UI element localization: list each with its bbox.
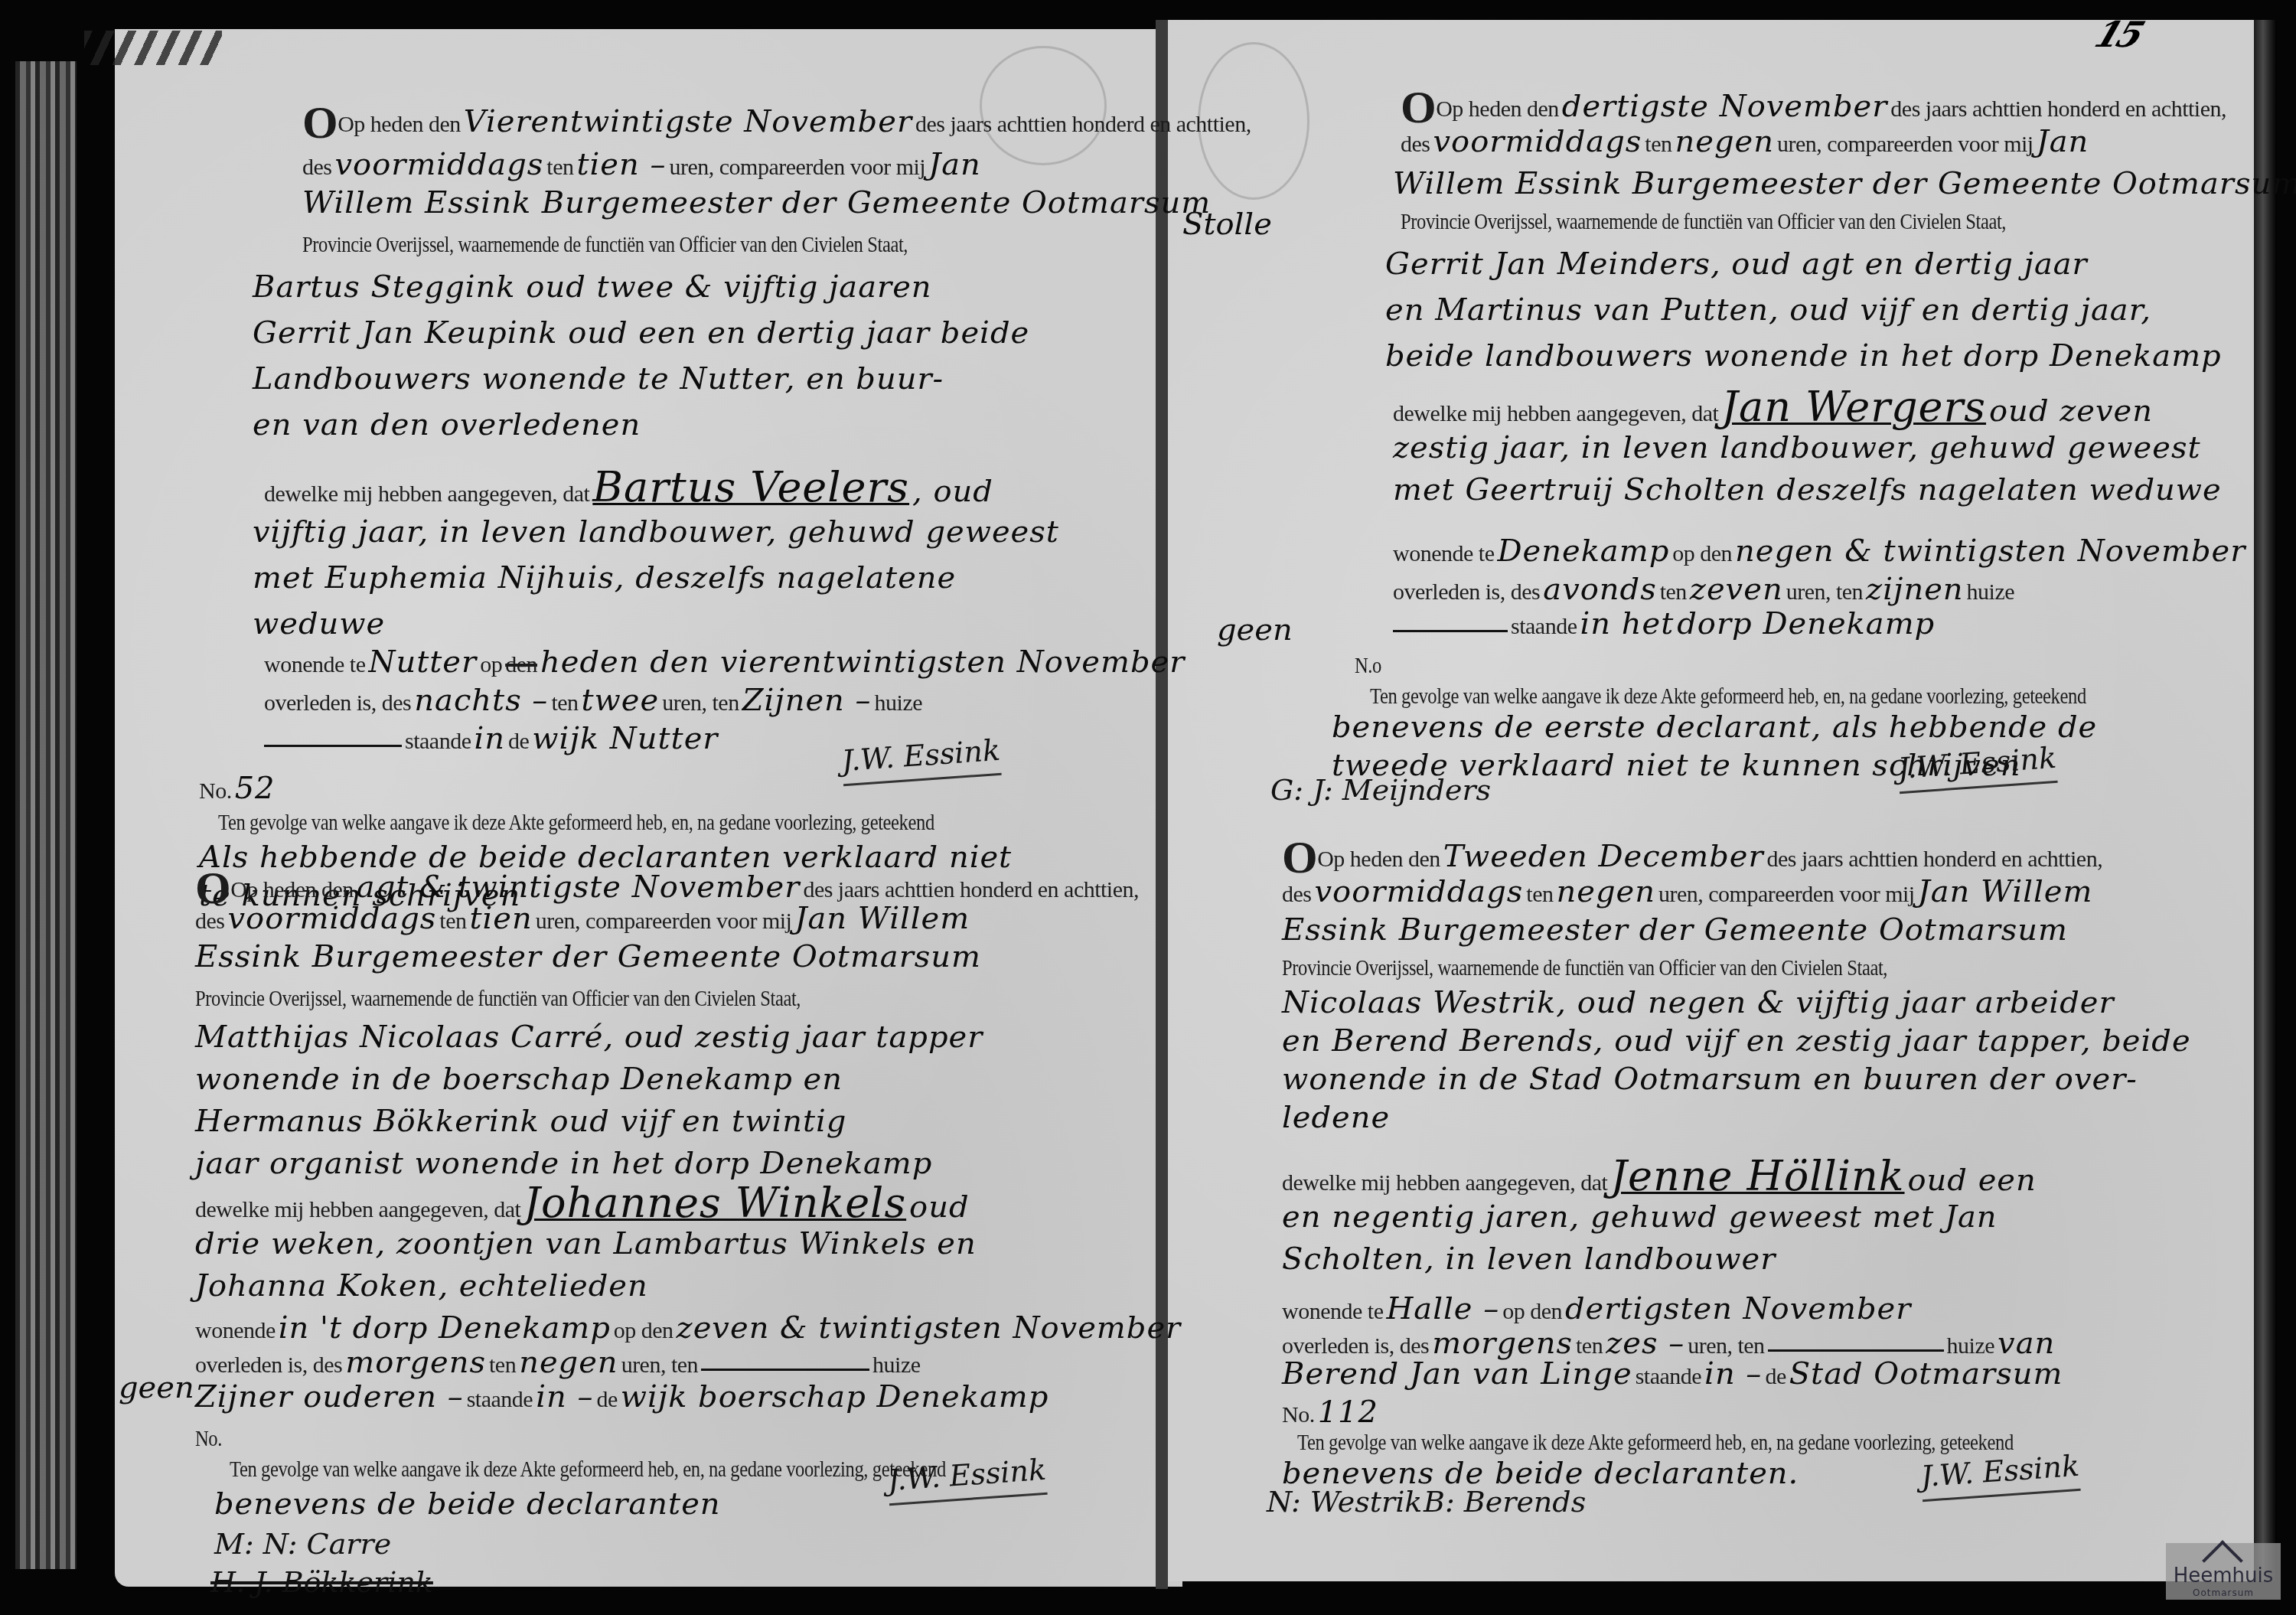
official-name: Willem Essink Burgemeester der Gemeente … <box>302 188 1211 218</box>
declarant-line: en van den overledenen <box>253 409 641 440</box>
margin-note-geen: geen <box>1217 612 1293 648</box>
act-number: N.o <box>1355 654 1381 677</box>
residence-line: wonende te Nutter op den heden den viere… <box>264 647 1185 677</box>
act-time-line: des voormiddags ten tien – uren, compare… <box>302 149 981 180</box>
act-date-line: OOp heden den Vierentwintigste November … <box>302 100 1251 145</box>
deceased-name: Johannes Winkels <box>523 1179 906 1227</box>
deceased-name: Jan Wergers <box>1721 383 1986 431</box>
act-number: No. 52 <box>199 773 276 804</box>
witness-signature: G: J: Meijnders <box>1270 773 1491 807</box>
deceased-line: dewelke mij hebben aangegeven, dat Bartu… <box>264 467 993 508</box>
act-number: No. 112 <box>1282 1397 1378 1427</box>
closing-formula: Ten gevolge van welke aangave ik deze Ak… <box>218 811 934 834</box>
margin-note-stolle: Stolle <box>1182 207 1272 242</box>
book-gutter <box>1156 20 1168 1589</box>
book-edge-right <box>2254 20 2277 1581</box>
death-time-line: overleden is, des nachts – ten twee uren… <box>264 685 922 716</box>
witness-signature: M: N: Carre <box>214 1527 391 1561</box>
deceased-name: Jenne Höllink <box>1610 1152 1904 1200</box>
declarant-line: Bartus Steggink oud twee & vijftig jaare… <box>253 272 932 302</box>
province-line: Provincie Overijssel, waarnemende de fun… <box>302 233 908 256</box>
deceased-name: Bartus Veelers <box>592 463 909 511</box>
declarant-line: Landbouwers wonende te Nutter, en buur- <box>253 364 944 394</box>
witness-signature: B: Berends <box>1424 1485 1586 1519</box>
witness-signature: N: Westrik <box>1267 1485 1422 1519</box>
margin-note-geen: geen <box>119 1370 194 1405</box>
book-edge-left <box>15 61 77 1569</box>
drop-cap-o: O <box>302 97 338 148</box>
witness-signature: H. J. Bökkerink <box>210 1565 433 1599</box>
declarant-line: Gerrit Jan Keupink oud een en dertig jaa… <box>253 318 1029 348</box>
top-left-ink-scribble <box>84 31 222 65</box>
heemhuis-watermark: Heemhuis Ootmarsum <box>2166 1543 2281 1600</box>
location-line: staande in de wijk Nutter <box>264 723 718 754</box>
